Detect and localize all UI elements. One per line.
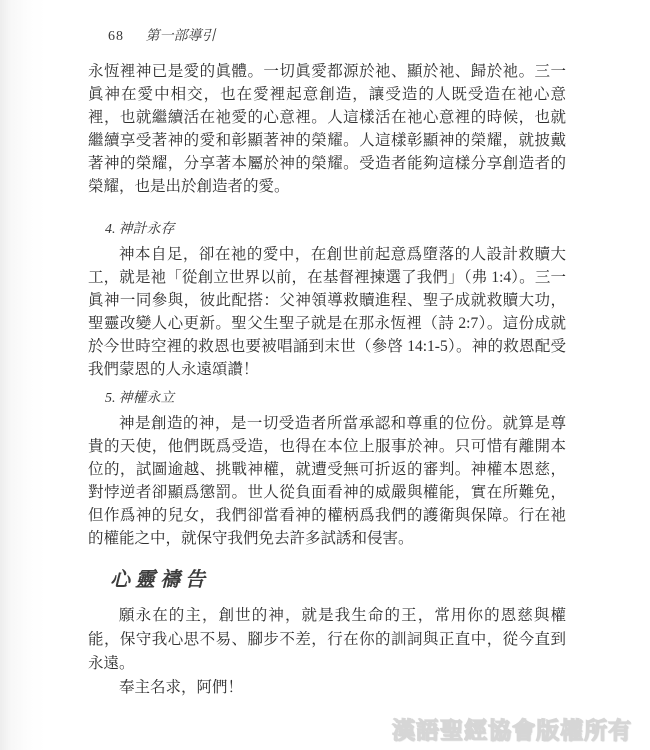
- page-number: 68: [108, 29, 124, 44]
- section-heading-4: 4.神計永存: [88, 222, 566, 238]
- continuation-paragraph: 永恆裡神已是愛的眞體。一切眞愛都源於祂、顯於祂、歸於祂。三一眞神在愛中相交，也在…: [88, 60, 566, 198]
- page-content: 68 第一部導引 永恆裡神已是愛的眞體。一切眞愛都源於祂、顯於祂、歸於祂。三一眞…: [88, 28, 566, 700]
- prayer-closing: 奉主名求，阿們！: [88, 676, 566, 700]
- book-page: 68 第一部導引 永恆裡神已是愛的眞體。一切眞愛都源於祂、顯於祂、歸於祂。三一眞…: [0, 0, 650, 750]
- section-number: 4.: [105, 222, 116, 237]
- section-5-paragraph: 神是創造的神，是一切受造者所當承認和尊重的位份。就算是尊貴的天使，他們既爲受造，…: [88, 412, 566, 550]
- section-title: 神權永立: [119, 391, 175, 406]
- running-header: 68 第一部導引: [88, 28, 566, 46]
- page-edge-shading: [0, 0, 46, 750]
- part-title: 第一部導引: [146, 29, 216, 44]
- section-heading-5: 5.神權永立: [88, 391, 566, 407]
- copyright-watermark: 漢語聖經協會版權所有: [392, 712, 632, 745]
- prayer-paragraph: 願永在的主，創世的神，就是我生命的王，常用你的恩慈與權能，保守我心思不易、腳步不…: [88, 604, 566, 676]
- section-4-paragraph: 神本自足，卻在祂的愛中，在創世前起意爲墮落的人設計救贖大工，就是祂「從創立世界以…: [88, 243, 566, 381]
- section-title: 神計永存: [119, 222, 175, 237]
- prayer-heading: 心靈禱告: [88, 568, 566, 592]
- section-number: 5.: [105, 391, 116, 406]
